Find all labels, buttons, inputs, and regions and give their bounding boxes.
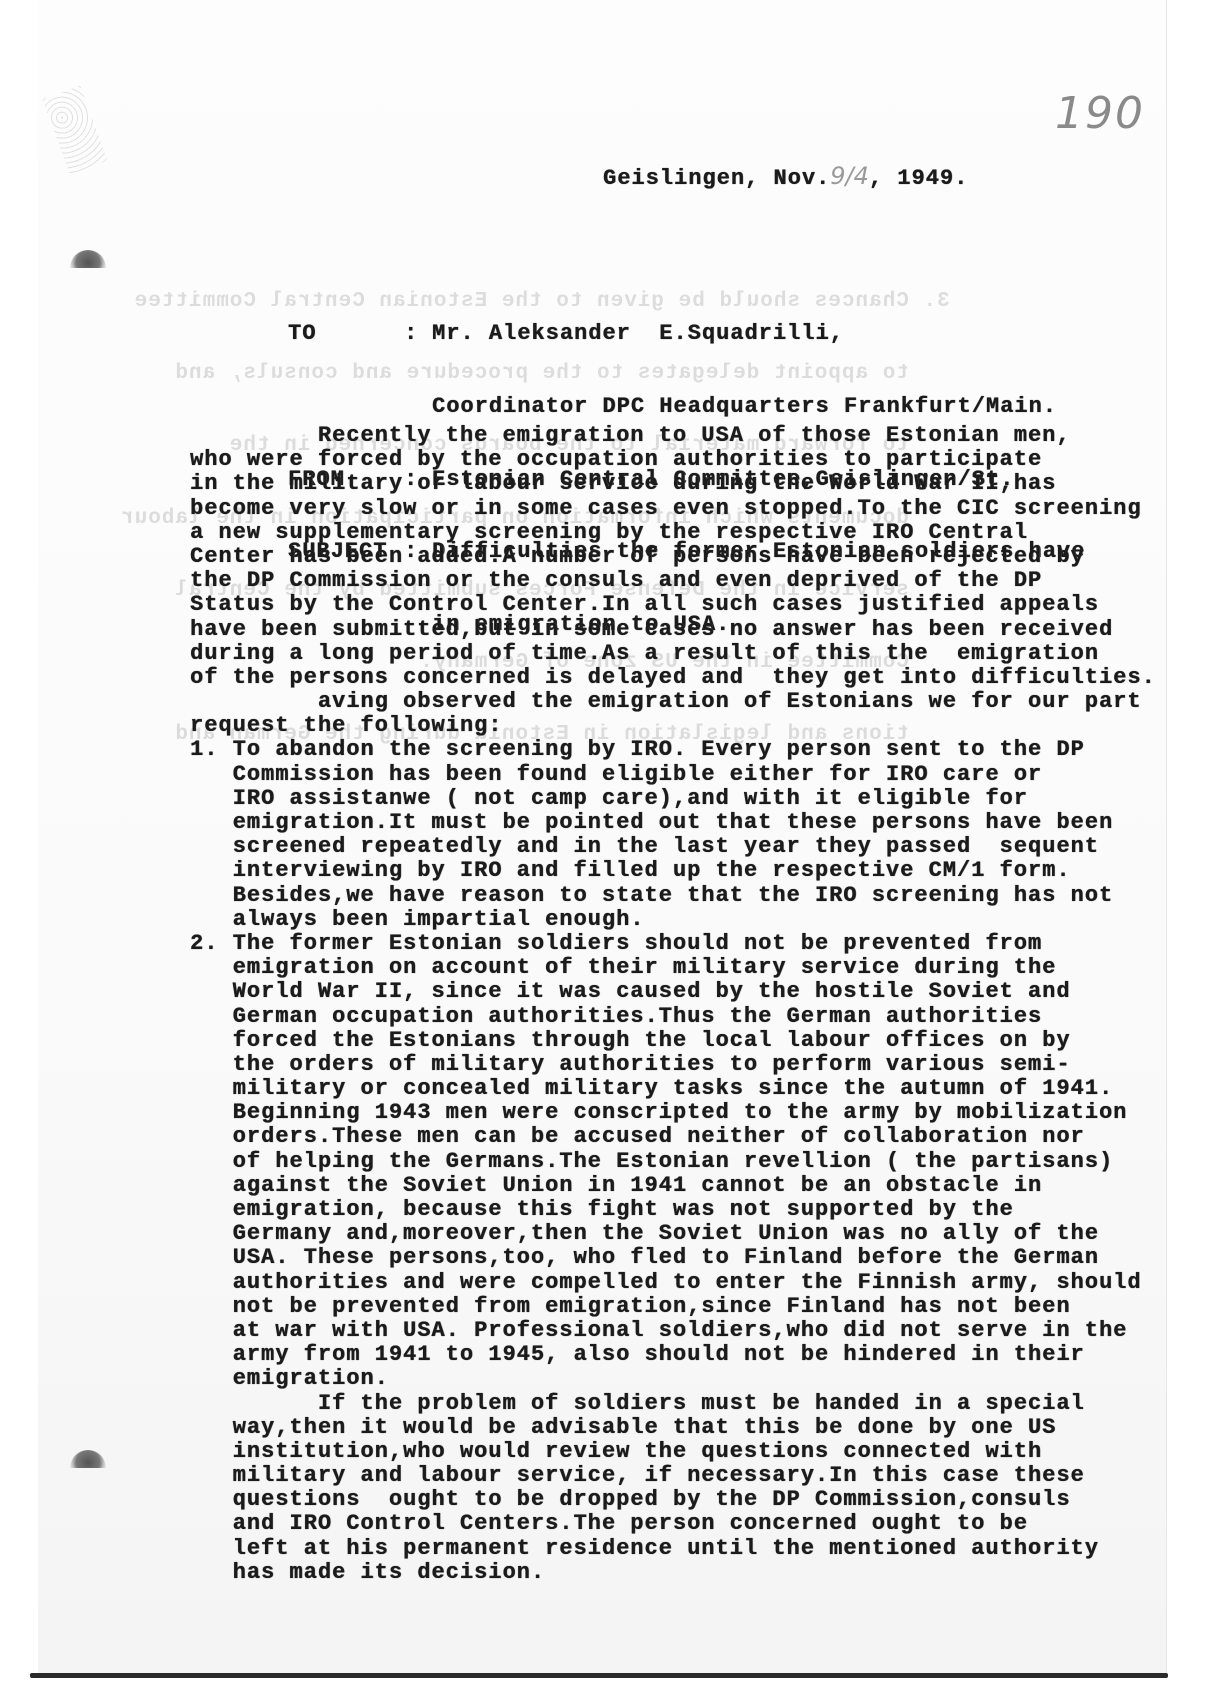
body-line: questions ought to be dropped by the DP … bbox=[190, 1488, 1156, 1512]
body-line: have been submitted,but in some cases no… bbox=[190, 618, 1156, 642]
header-value: Coordinator DPC Headquarters Frankfurt/M… bbox=[432, 394, 1057, 419]
place-date: Geislingen, Nov.9/4, 1949. bbox=[603, 164, 968, 191]
body-line: Status by the Control Center.In all such… bbox=[190, 593, 1156, 617]
body-line: interviewing by IRO and filled up the re… bbox=[190, 859, 1156, 883]
body-line: has made its decision. bbox=[190, 1561, 1156, 1585]
body-line: German occupation authorities.Thus the G… bbox=[190, 1005, 1156, 1029]
body-line: World War II, since it was caused by the… bbox=[190, 980, 1156, 1004]
body-line: USA. These persons,too, who fled to Finl… bbox=[190, 1246, 1156, 1270]
body-line: 1. To abandon the screening by IRO. Ever… bbox=[190, 738, 1156, 762]
body-line: the orders of military authorities to pe… bbox=[190, 1053, 1156, 1077]
body-line: emigration.It must be pointed out that t… bbox=[190, 811, 1156, 835]
body-line: who were forced by the occupation author… bbox=[190, 448, 1156, 472]
body-line: authorities and were compelled to enter … bbox=[190, 1271, 1156, 1295]
body-line: Besides,we have reason to state that the… bbox=[190, 884, 1156, 908]
body-line: 2. The former Estonian soldiers should n… bbox=[190, 932, 1156, 956]
body-line: a new supplementary screening by the res… bbox=[190, 521, 1156, 545]
letter-body: Recently the emigration to USA of those … bbox=[190, 424, 1156, 1585]
body-line: IRO assistanwe ( not camp care),and with… bbox=[190, 787, 1156, 811]
body-line: emigration. bbox=[190, 1367, 1156, 1391]
header-value: Mr. Aleksander E.Squadrilli, bbox=[432, 321, 844, 346]
body-line: orders.These men can be accused neither … bbox=[190, 1125, 1156, 1149]
body-line: and IRO Control Centers.The person conce… bbox=[190, 1512, 1156, 1536]
body-line: not be prevented from emigration,since F… bbox=[190, 1295, 1156, 1319]
paper-bottom-edge bbox=[30, 1673, 1168, 1678]
date-day-handwritten: 9/4 bbox=[830, 162, 869, 190]
body-line: military and labour service, if necessar… bbox=[190, 1464, 1156, 1488]
body-line: the DP Commission or the consuls and eve… bbox=[190, 569, 1156, 593]
body-line: Beginning 1943 men were conscripted to t… bbox=[190, 1101, 1156, 1125]
page-number-handwritten: 190 bbox=[1055, 88, 1145, 139]
body-line: Commission has been found eligible eithe… bbox=[190, 763, 1156, 787]
body-line: army from 1941 to 1945, also should not … bbox=[190, 1343, 1156, 1367]
body-line: left at his permanent residence until th… bbox=[190, 1537, 1156, 1561]
body-line: Recently the emigration to USA of those … bbox=[190, 424, 1156, 448]
body-line: become very slow or in some cases even s… bbox=[190, 497, 1156, 521]
header-to-line2: Coordinator DPC Headquarters Frankfurt/M… bbox=[288, 395, 1085, 419]
body-line: Center has been added.A number of person… bbox=[190, 545, 1156, 569]
body-line: during a long period of time.As a result… bbox=[190, 642, 1156, 666]
body-line: military or concealed military tasks sin… bbox=[190, 1077, 1156, 1101]
body-line: against the Soviet Union in 1941 cannot … bbox=[190, 1174, 1156, 1198]
body-line: way,then it would be advisable that this… bbox=[190, 1416, 1156, 1440]
place-date-year: , 1949. bbox=[869, 166, 968, 191]
body-line: forced the Estonians through the local l… bbox=[190, 1029, 1156, 1053]
body-line: If the problem of soldiers must be hande… bbox=[190, 1392, 1156, 1416]
body-line: screened repeatedly and in the last year… bbox=[190, 835, 1156, 859]
body-line: Germany and,moreover,then the Soviet Uni… bbox=[190, 1222, 1156, 1246]
body-line: emigration, because this fight was not s… bbox=[190, 1198, 1156, 1222]
body-line: in the military or labour service during… bbox=[190, 472, 1156, 496]
body-line: of the persons concerned is delayed and … bbox=[190, 666, 1156, 690]
header-label: TO bbox=[288, 322, 404, 346]
header-sep: : bbox=[404, 322, 432, 346]
body-line: at war with USA. Professional soldiers,w… bbox=[190, 1319, 1156, 1343]
header-to: TO:Mr. Aleksander E.Squadrilli, bbox=[288, 322, 1085, 346]
place-date-place: Geislingen, Nov. bbox=[603, 166, 830, 191]
body-line: institution,who would review the questio… bbox=[190, 1440, 1156, 1464]
body-line: aving observed the emigration of Estonia… bbox=[190, 690, 1156, 714]
body-line: emigration on account of their military … bbox=[190, 956, 1156, 980]
body-line: of helping the Germans.The Estonian reve… bbox=[190, 1150, 1156, 1174]
body-line: request the following: bbox=[190, 714, 1156, 738]
body-line: always been impartial enough. bbox=[190, 908, 1156, 932]
